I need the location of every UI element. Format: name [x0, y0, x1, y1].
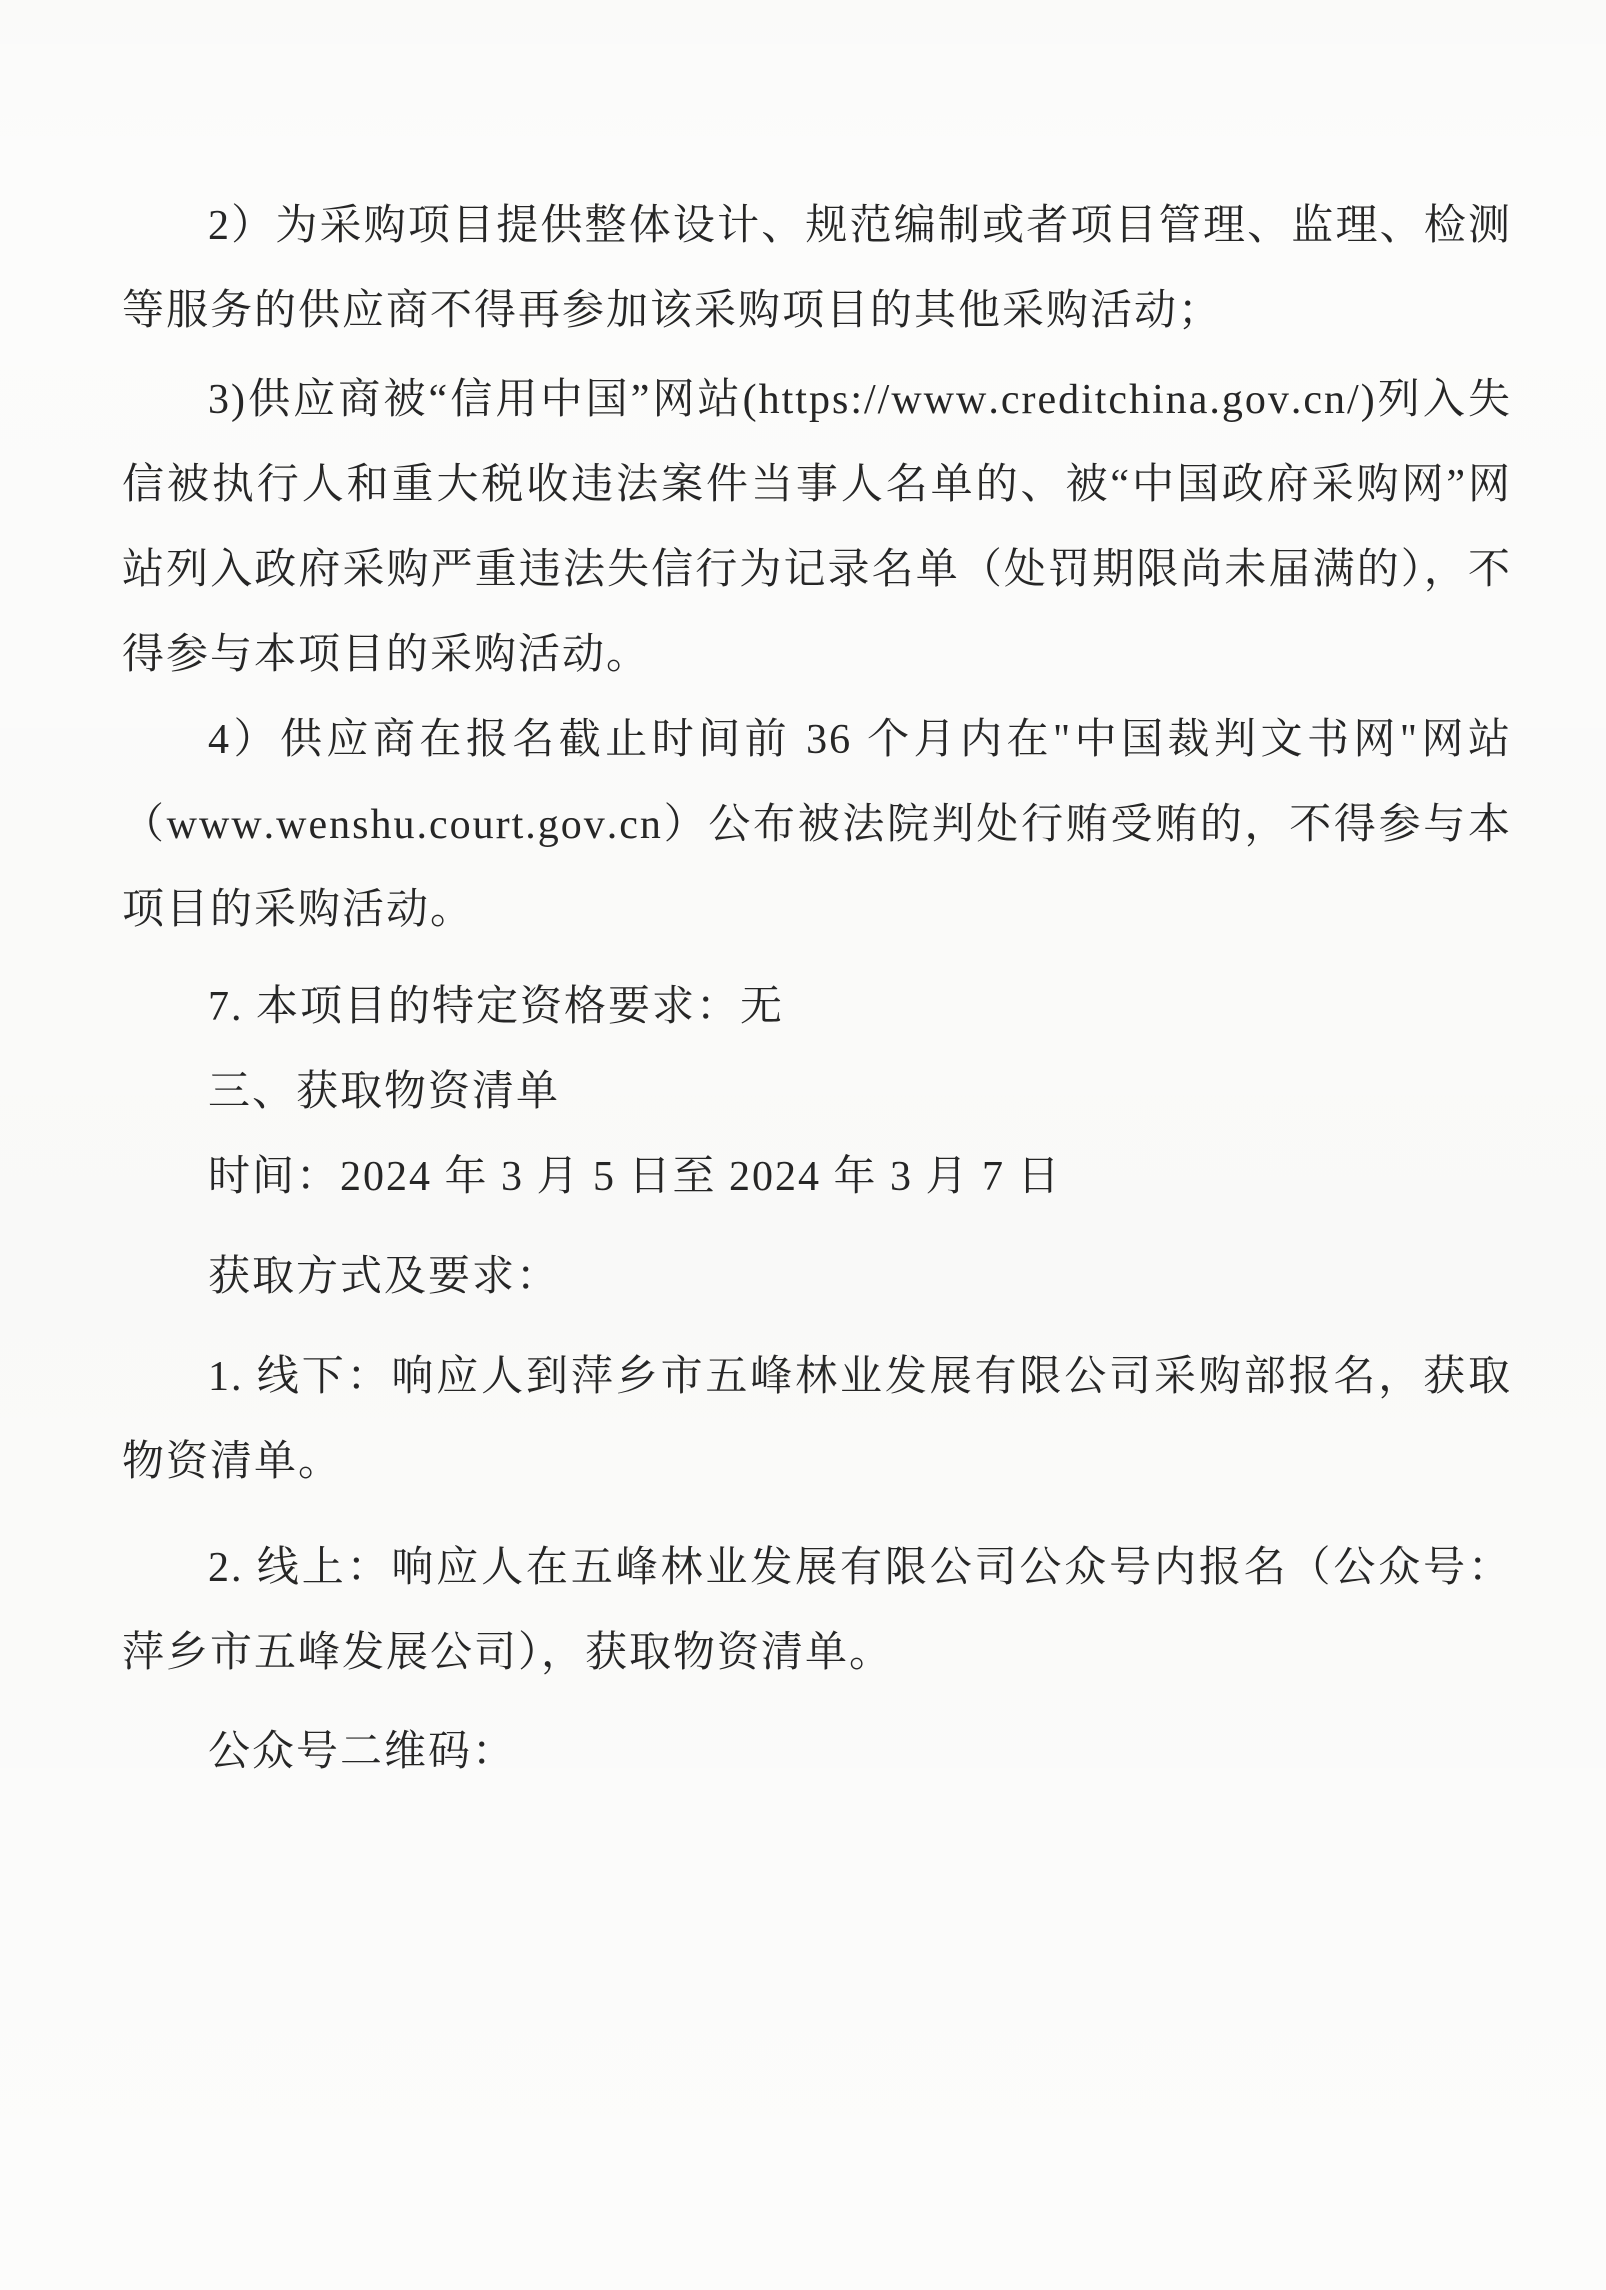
- paragraph-section-3-heading: 三、获取物资清单: [122, 1050, 1512, 1135]
- paragraph-clause-4: 4）供应商在报名截止时间前 36 个月内在"中国裁判文书网"网站（www.wen…: [122, 698, 1512, 953]
- paragraph-online-method: 2. 线上：响应人在五峰林业发展有限公司公众号内报名（公众号：萍乡市五峰发展公司…: [122, 1526, 1512, 1696]
- paragraph-method-heading: 获取方式及要求：: [122, 1235, 1512, 1320]
- document-content: 2）为采购项目提供整体设计、规范编制或者项目管理、监理、检测等服务的供应商不得再…: [122, 184, 1512, 1795]
- paragraph-clause-2: 2）为采购项目提供整体设计、规范编制或者项目管理、监理、检测等服务的供应商不得再…: [122, 184, 1512, 354]
- paragraph-offline-method: 1. 线下：响应人到萍乡市五峰林业发展有限公司采购部报名，获取物资清单。: [122, 1335, 1512, 1505]
- paragraph-qrcode-label: 公众号二维码：: [122, 1710, 1512, 1795]
- scanned-document-page: 2）为采购项目提供整体设计、规范编制或者项目管理、监理、检测等服务的供应商不得再…: [0, 0, 1606, 2290]
- paragraph-clause-3: 3)供应商被“信用中国”网站(https://www.creditchina.g…: [122, 358, 1512, 698]
- paragraph-clause-7: 7. 本项目的特定资格要求：无: [122, 965, 1512, 1050]
- paragraph-time-range: 时间：2024 年 3 月 5 日至 2024 年 3 月 7 日: [122, 1135, 1512, 1220]
